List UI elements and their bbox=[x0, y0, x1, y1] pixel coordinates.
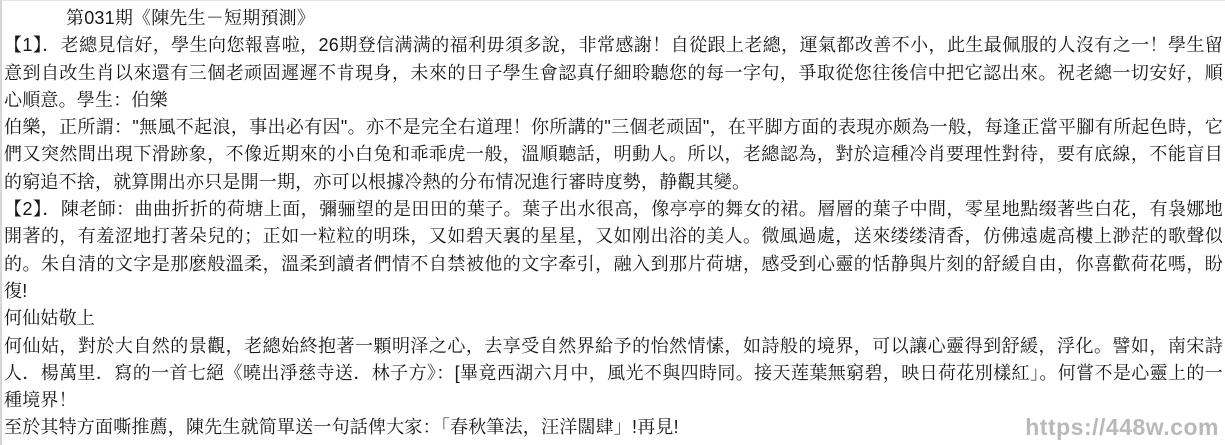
paragraph-3: 【2】．陳老師：曲曲折折的荷塘上面，彌骊望的是田田的葉子。葉子出水很高，像亭亭的… bbox=[4, 196, 1223, 305]
paragraph-4: 何仙姑，對於大自然的景觀，老總始終抱著一顆明泽之心，去享受自然界給予的怡然情愫，… bbox=[4, 333, 1223, 415]
signoff-line: 何仙姑敬上 bbox=[4, 305, 1223, 332]
paragraph-2: 伯樂，正所謂："無風不起浪，事出必有因"。亦不是完全右道理！你所講的"三個老顽固… bbox=[4, 114, 1223, 196]
document-page: 第031期《陳先生－短期預測》 【1】．老總見信好，學生向您報喜啦，26期登信满… bbox=[0, 0, 1225, 445]
site-watermark: https://448w.com bbox=[1025, 416, 1219, 439]
page-title: 第031期《陳先生－短期預測》 bbox=[4, 5, 1223, 32]
paragraph-1: 【1】．老總見信好，學生向您報喜啦，26期登信满满的福利毋須多說，非常感謝！自從… bbox=[4, 32, 1223, 114]
